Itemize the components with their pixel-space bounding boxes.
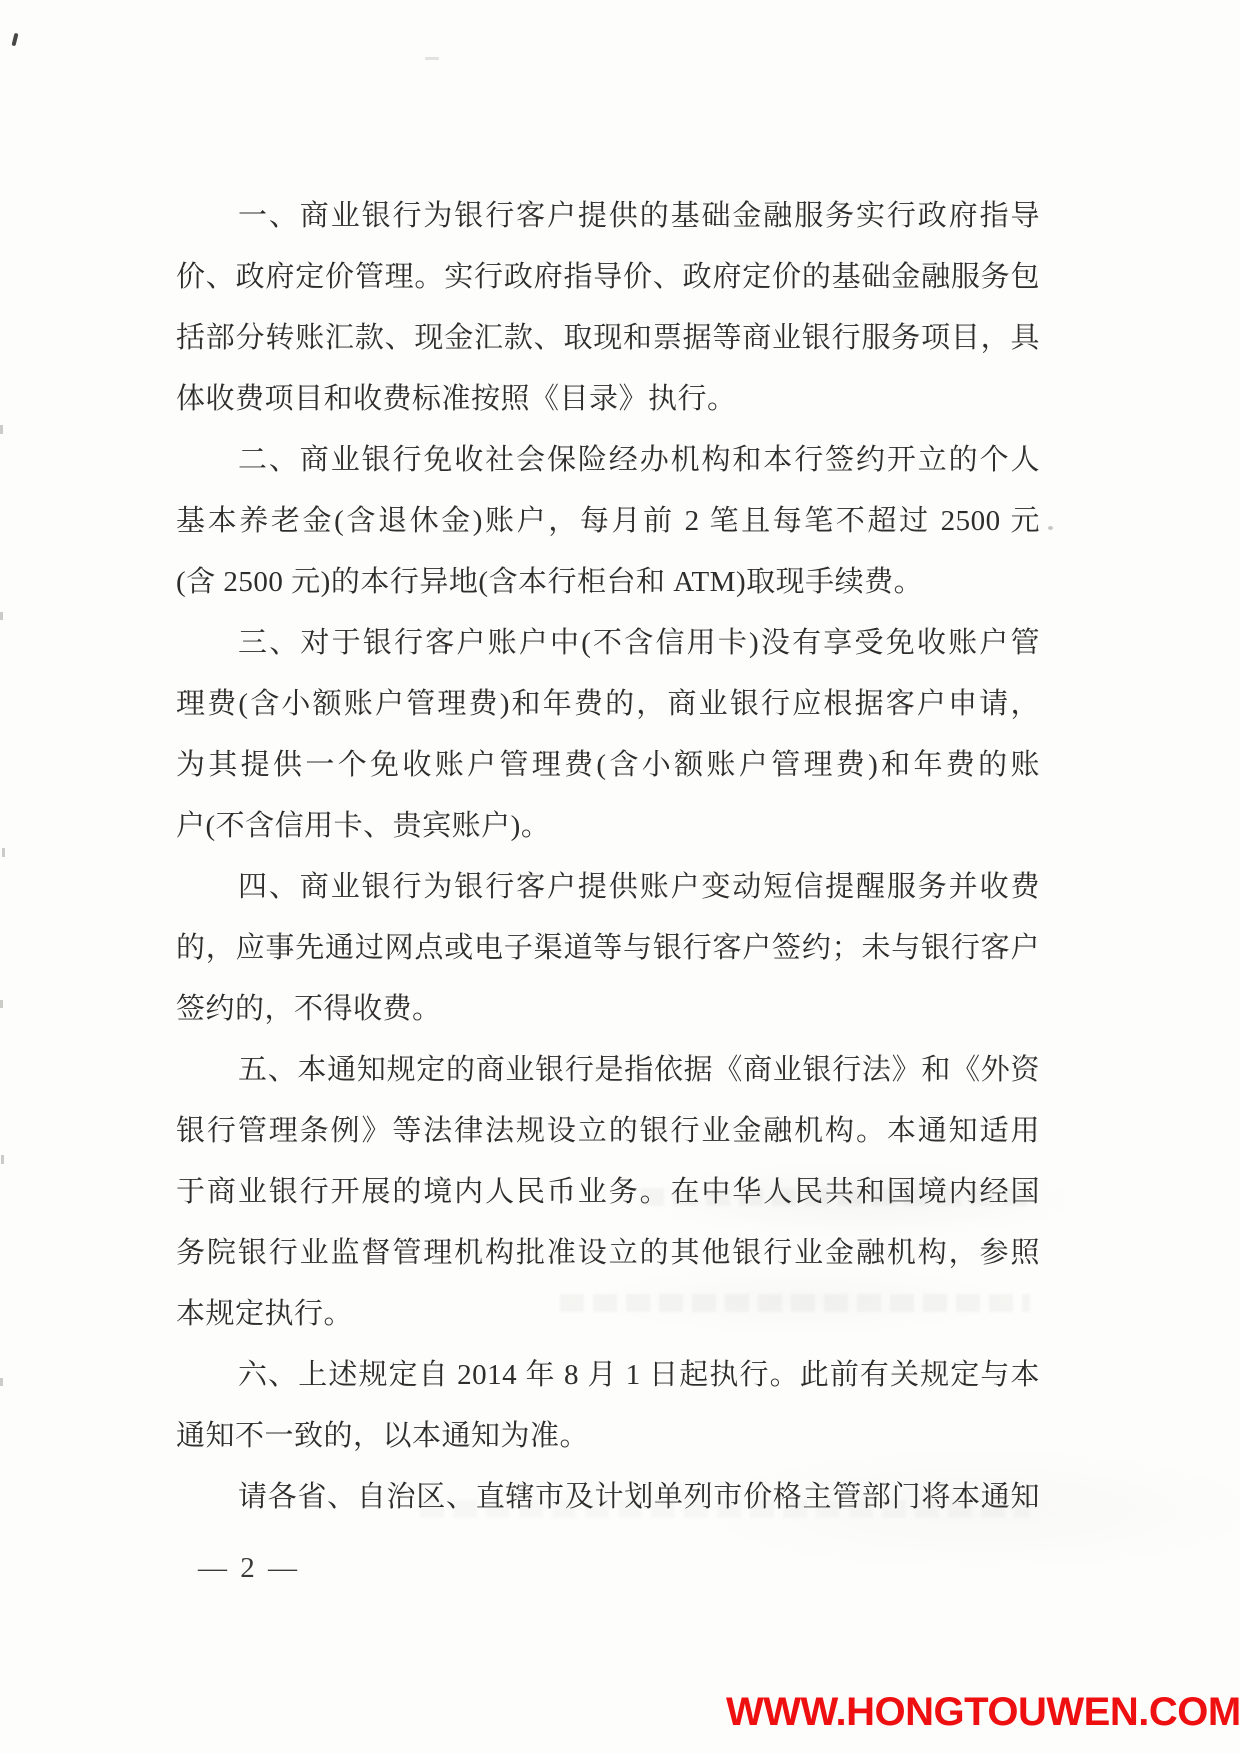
text-line: 体收费项目和收费标准按照《目录》执行。 xyxy=(176,369,1040,430)
text-line: 签约的，不得收费。 xyxy=(176,979,1040,1040)
text-line: 五、本通知规定的商业银行是指依据《商业银行法》和《外资 xyxy=(176,1040,1040,1101)
page-number: — 2 — xyxy=(198,1552,300,1585)
scan-speck xyxy=(0,1378,3,1386)
paragraph-1: 一、商业银行为银行客户提供的基础金融服务实行政府指导 价、政府定价管理。实行政府… xyxy=(176,186,1040,430)
text-line: 四、商业银行为银行客户提供账户变动短信提醒服务并收费 xyxy=(176,857,1040,918)
paragraph-7: 请各省、自治区、直辖市及计划单列市价格主管部门将本通知 xyxy=(176,1467,1040,1528)
paragraph-2: 二、商业银行免收社会保险经办机构和本行签约开立的个人 基本养老金(含退休金)账户… xyxy=(176,430,1040,613)
text-line: 二、商业银行免收社会保险经办机构和本行签约开立的个人 xyxy=(176,430,1040,491)
text-line: 理费(含小额账户管理费)和年费的，商业银行应根据客户申请， xyxy=(176,674,1040,735)
text-line: 括部分转账汇款、现金汇款、取现和票据等商业银行服务项目，具 xyxy=(176,308,1040,369)
scan-speck xyxy=(11,33,18,47)
text-line: 户(不含信用卡、贵宾账户)。 xyxy=(176,796,1040,857)
paragraph-3: 三、对于银行客户账户中(不含信用卡)没有享受免收账户管 理费(含小额账户管理费)… xyxy=(176,613,1040,857)
text-line: 的，应事先通过网点或电子渠道等与银行客户签约；未与银行客户 xyxy=(176,918,1040,979)
text-line: (含 2500 元)的本行异地(含本行柜台和 ATM)取现手续费。 xyxy=(176,552,1040,613)
scan-speck xyxy=(0,612,3,620)
text-line: 银行管理条例》等法律法规设立的银行业金融机构。本通知适用 xyxy=(176,1101,1040,1162)
text-line: 务院银行业监督管理机构批准设立的其他银行业金融机构，参照 xyxy=(176,1223,1040,1284)
paragraph-4: 四、商业银行为银行客户提供账户变动短信提醒服务并收费 的，应事先通过网点或电子渠… xyxy=(176,857,1040,1040)
scan-speck xyxy=(2,848,5,857)
paragraph-6: 六、上述规定自 2014 年 8 月 1 日起执行。此前有关规定与本 通知不一致… xyxy=(176,1345,1040,1467)
text-line: 本规定执行。 xyxy=(176,1284,1040,1345)
text-line: 于商业银行开展的境内人民币业务。在中华人民共和国境内经国 xyxy=(176,1162,1040,1223)
text-line: 三、对于银行客户账户中(不含信用卡)没有享受免收账户管 xyxy=(176,613,1040,674)
text-line: 一、商业银行为银行客户提供的基础金融服务实行政府指导 xyxy=(176,186,1040,247)
scan-speck xyxy=(0,1000,3,1008)
scan-speck xyxy=(1048,526,1053,530)
document-page: 一、商业银行为银行客户提供的基础金融服务实行政府指导 价、政府定价管理。实行政府… xyxy=(0,0,1240,1754)
text-line: 请各省、自治区、直辖市及计划单列市价格主管部门将本通知 xyxy=(176,1467,1040,1528)
text-line: 基本养老金(含退休金)账户，每月前 2 笔且每笔不超过 2500 元 xyxy=(176,491,1040,552)
text-line: 六、上述规定自 2014 年 8 月 1 日起执行。此前有关规定与本 xyxy=(176,1345,1040,1406)
paragraph-5: 五、本通知规定的商业银行是指依据《商业银行法》和《外资 银行管理条例》等法律法规… xyxy=(176,1040,1040,1345)
scan-smudge xyxy=(425,57,439,60)
text-line: 通知不一致的，以本通知为准。 xyxy=(176,1406,1040,1467)
scan-speck xyxy=(0,425,3,434)
text-line: 为其提供一个免收账户管理费(含小额账户管理费)和年费的账 xyxy=(176,735,1040,796)
watermark-url: WWW.HONGTOUWEN.COM xyxy=(726,1690,1240,1735)
text-line: 价、政府定价管理。实行政府指导价、政府定价的基础金融服务包 xyxy=(176,247,1040,308)
document-body: 一、商业银行为银行客户提供的基础金融服务实行政府指导 价、政府定价管理。实行政府… xyxy=(176,186,1040,1528)
scan-speck xyxy=(1,1155,4,1164)
